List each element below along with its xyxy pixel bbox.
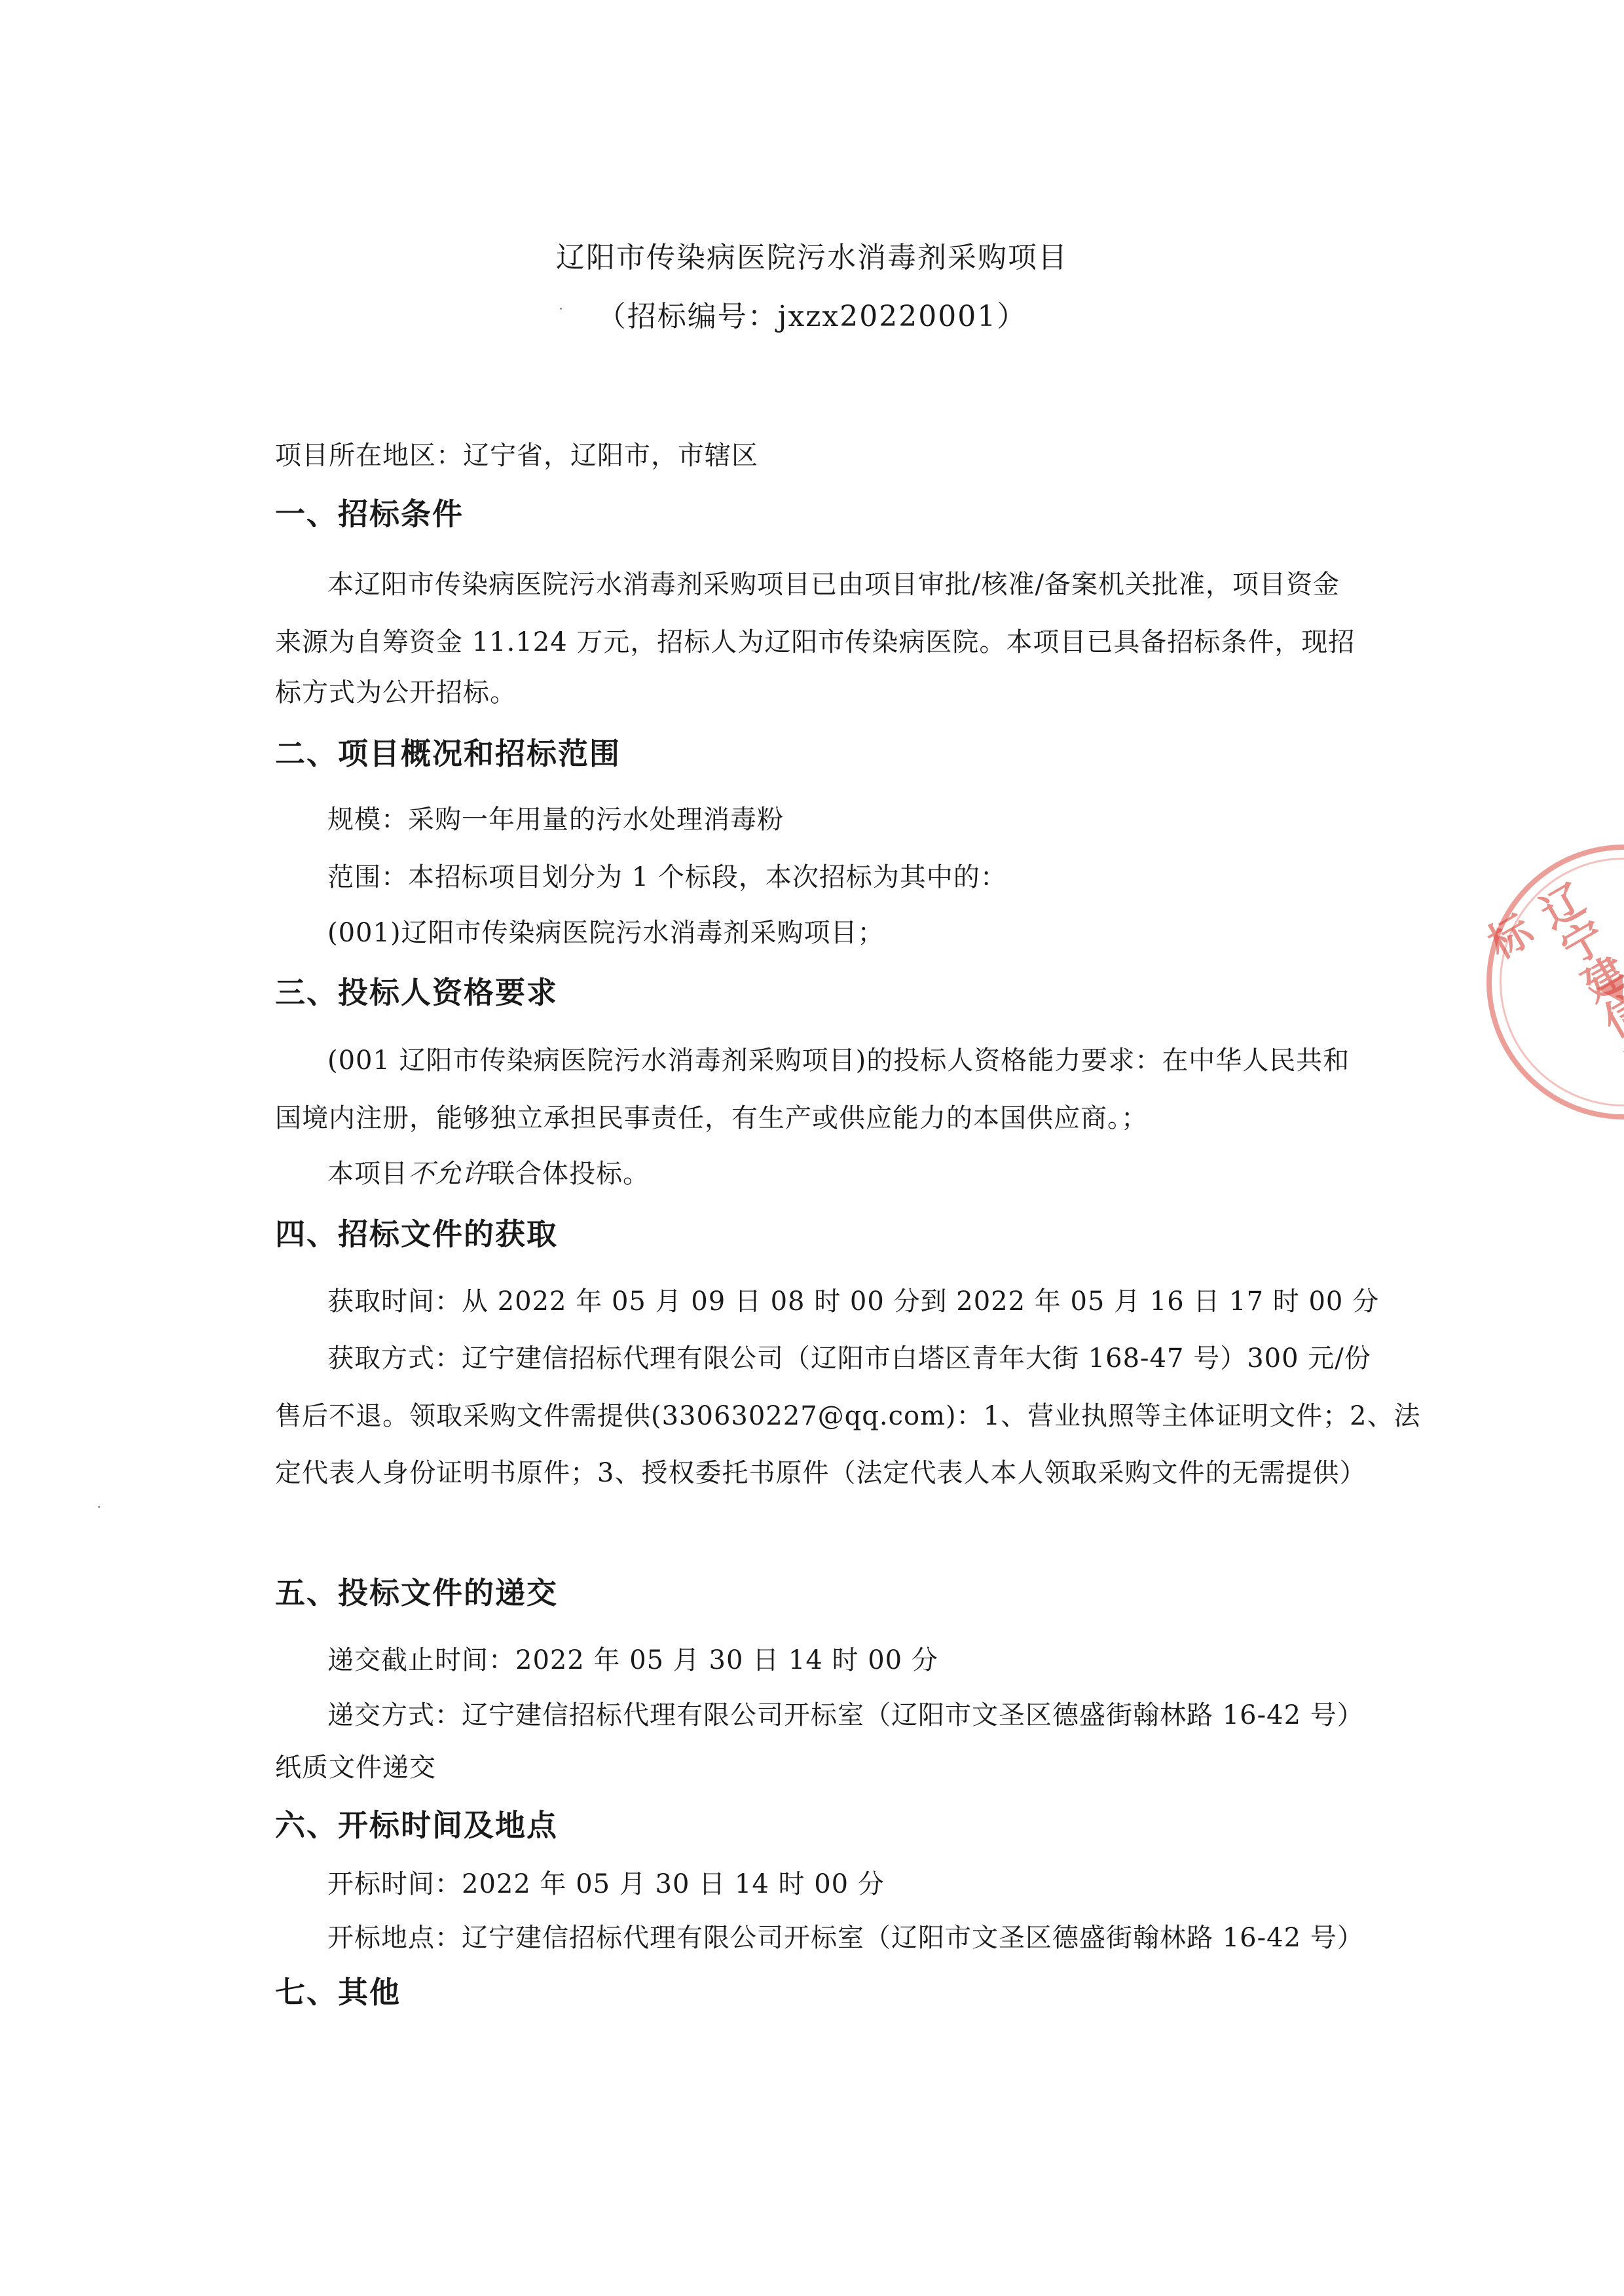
section-1-line-1: 本辽阳市传染病医院污水消毒剂采购项目已由项目审批/核准/备案机关批准，项目资金	[327, 572, 1339, 598]
consortium-prefix: 本项目	[327, 1159, 408, 1189]
submit-method-cont: 纸质文件递交	[275, 1755, 436, 1781]
submit-deadline: 递交截止时间：2022 年 05 月 30 日 14 时 00 分	[327, 1647, 938, 1673]
section-heading-3: 三、投标人资格要求	[275, 977, 558, 1008]
section-heading-5: 五、投标文件的递交	[275, 1578, 558, 1608]
section-2-lot: (001)辽阳市传染病医院污水消毒剂采购项目；	[327, 920, 885, 946]
scan-speck	[560, 308, 562, 310]
section-1-line-3: 标方式为公开招标。	[275, 680, 517, 706]
acquire-method-line-1: 获取方式：辽宁建信招标代理有限公司（辽阳市白塔区青年大街 168-47 号）30…	[327, 1345, 1339, 1372]
section-3-line-1: (001 辽阳市传染病医院污水消毒剂采购项目)的投标人资格能力要求：在中华人民共…	[327, 1048, 1339, 1074]
section-heading-6: 六、开标时间及地点	[275, 1810, 558, 1840]
acquire-method-line-3: 定代表人身份证明书原件；3、授权委托书原件（法定代表人本人领取采购文件的无需提供…	[275, 1460, 1339, 1486]
consortium-suffix: 联合体投标。	[489, 1159, 650, 1189]
section-2-scope: 范围：本招标项目划分为 1 个标段，本次招标为其中的：	[327, 864, 1007, 890]
section-heading-7: 七、其他	[275, 1977, 401, 2007]
section-heading-2: 二、项目概况和招标范围	[275, 738, 621, 769]
consortium-statement: 本项目不允许联合体投标。	[327, 1161, 650, 1187]
scan-speck	[98, 1506, 100, 1508]
acquire-time: 获取时间：从 2022 年 05 月 09 日 08 时 00 分到 2022 …	[327, 1288, 1379, 1315]
opening-location: 开标地点：辽宁建信招标代理有限公司开标室（辽阳市文圣区德盛街翰林路 16-42 …	[327, 1925, 1339, 1951]
acquire-method-line-2: 售后不退。领取采购文件需提供(330630227@qq.com)：1、营业执照等…	[275, 1403, 1339, 1429]
project-region: 项目所在地区：辽宁省，辽阳市，市辖区	[275, 443, 758, 469]
section-heading-1: 一、招标条件	[275, 499, 464, 529]
bid-number: （招标编号：jxzx20220001）	[0, 302, 1624, 331]
seal-star-icon	[1596, 974, 1623, 1003]
consortium-emphasis: 不允许	[408, 1159, 489, 1189]
section-3-line-2: 国境内注册，能够独立承担民事责任，有生产或供应能力的本国供应商。；	[275, 1105, 1148, 1131]
section-heading-4: 四、招标文件的获取	[275, 1219, 558, 1249]
document-title: 辽阳市传染病医院污水消毒剂采购项目	[0, 244, 1624, 272]
section-2-scale: 规模：采购一年用量的污水处理消毒粉	[327, 807, 784, 833]
company-seal: 辽宁建信招标	[1486, 845, 1624, 1120]
opening-time: 开标时间：2022 年 05 月 30 日 14 时 00 分	[327, 1871, 885, 1897]
section-1-line-2: 来源为自筹资金 11.124 万元，招标人为辽阳市传染病医院。本项目已具备招标条…	[275, 629, 1339, 655]
submit-method: 递交方式：辽宁建信招标代理有限公司开标室（辽阳市文圣区德盛街翰林路 16-42 …	[327, 1702, 1339, 1728]
